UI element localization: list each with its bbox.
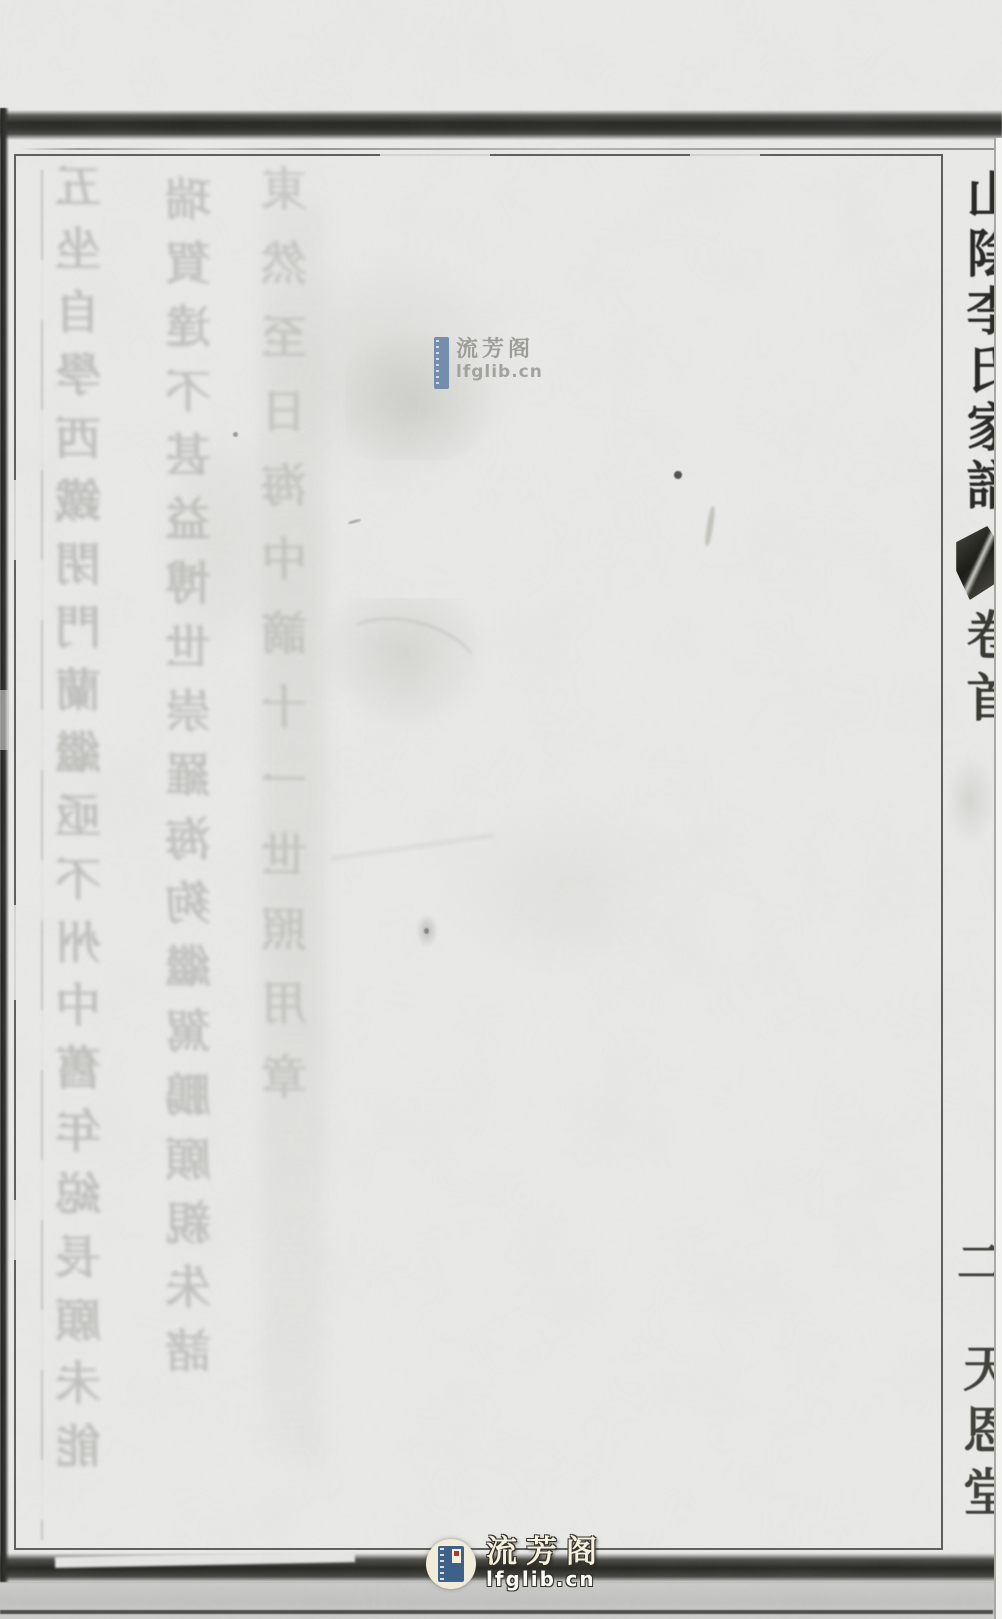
frame-border-break [12,905,17,1000]
book-label [452,1549,461,1563]
watermark-site-domain: lfglib.cn [456,361,543,383]
binding-shadow-band-top [0,110,1002,140]
watermark-circle-badge [426,1539,476,1589]
book-icon [438,1546,464,1582]
watermark-site-name: 流芳阁 [486,1536,606,1568]
fold-hairline [20,148,1002,150]
lfglib-watermark-bottom: 流芳阁 lfglib.cn [426,1536,606,1591]
watermark-site-name: 流芳阁 [456,337,543,361]
frame-border-break [380,152,490,157]
paper-stain [944,755,996,845]
watermark-site-domain: lfglib.cn [486,1568,606,1591]
book-icon [434,337,449,389]
frame-border-break [185,1543,265,1548]
frame-border-break [12,1200,17,1260]
frame-border-break [690,152,760,157]
scan-edge-left [0,108,9,1582]
scan-edge-right [994,138,1002,1619]
frame-border-break [12,480,17,560]
lfglib-watermark-top: 流芳阁 lfglib.cn [434,337,543,389]
scan-edge-gap [0,690,8,750]
genealogy-scan-page: 五坐自學西鐵閉門蘭繼亟不州中舊年縂長願未能 瑞賀達不甚益博世崇羅海夠繼駕鵬願親朱… [0,0,1002,1619]
page-bottom-line [0,1610,993,1614]
